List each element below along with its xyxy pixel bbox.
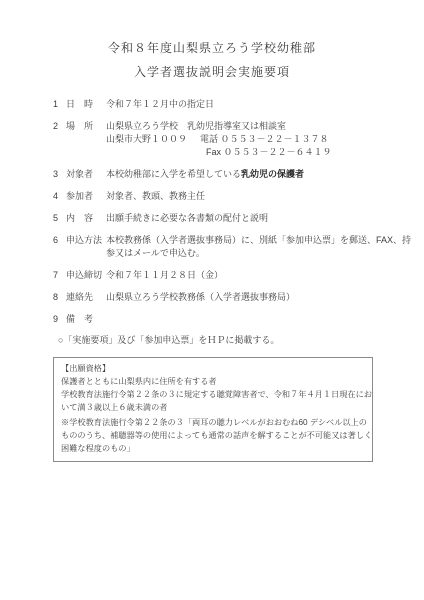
item-number: 4 [53, 190, 66, 203]
application-method-line1: 本校教務係（入学者選抜事務局）に、別紙「参加申込票」を郵送、FAX、持 [106, 234, 406, 247]
notes-remark: ○「実施要項」及び「参加申込票」をＨＰに掲載する。 [0, 334, 424, 347]
qualification-box: 【出願資格】 保護者とともに山梨県内に住所を有する者 学校教育法施行令第２２条の… [53, 357, 373, 462]
deadline-value: 令和７年１１月２８日（金） [106, 269, 406, 282]
contact-value: 山梨県立ろう学校教務係（入学者選抜事務局） [106, 291, 406, 304]
item-application-method: 6 申込方法 本校教務係（入学者選抜事務局）に、別紙「参加申込票」を郵送、FAX… [53, 234, 406, 260]
place-school-room: 山梨県立ろう学校 乳幼児指導室又は相談室 [106, 120, 406, 133]
application-method-line2: 参又はメールで申込む。 [106, 247, 406, 260]
item-deadline: 7 申込締切 令和７年１１月２８日（金） [53, 269, 406, 282]
item-label: 備 考 [66, 313, 106, 326]
target-text: 本校幼稚部に入学を希望している [106, 169, 241, 179]
target-text-bold: 乳幼児の保護者 [241, 169, 304, 179]
qualification-line2a: 学校教育法施行令第２２条の３に規定する聴覚障害者で、令和７年４月１日現在にお [61, 388, 366, 401]
qualification-line2b: いて満３歳以上６歳未満の者 [61, 401, 366, 414]
item-contents: 5 内 容 出願手続きに必要な各書類の配付と説明 [53, 212, 406, 225]
item-number: 3 [53, 168, 66, 181]
place-phone: 電話 ０５５３－２２－１３７８ [200, 134, 329, 144]
document-title-line1: 令和８年度山梨県立ろう学校幼稚部 [0, 36, 424, 60]
item-place: 2 場 所 山梨県立ろう学校 乳幼児指導室又は相談室 山梨市大野１００９電話 ０… [53, 120, 406, 159]
qualification-title: 【出願資格】 [61, 362, 366, 375]
place-address: 山梨市大野１００９ [106, 134, 187, 144]
item-number: 5 [53, 212, 66, 225]
item-label: 申込方法 [66, 234, 106, 260]
item-number: 7 [53, 269, 66, 282]
item-label: 日 時 [66, 98, 106, 111]
participants-value: 対象者、教頭、教務主任 [106, 190, 406, 203]
contents-value: 出願手続きに必要な各書類の配付と説明 [106, 212, 406, 225]
item-label: 内 容 [66, 212, 106, 225]
items-list: 1 日 時 令和７年１２月中の指定日 2 場 所 山梨県立ろう学校 乳幼児指導室… [0, 98, 424, 326]
item-date-value: 令和７年１２月中の指定日 [106, 98, 406, 111]
document-page: 令和８年度山梨県立ろう学校幼稚部 入学者選抜説明会実施要項 1 日 時 令和７年… [0, 0, 424, 600]
item-target: 3 対象者 本校幼稚部に入学を希望している乳幼児の保護者 [53, 168, 406, 181]
item-label: 申込締切 [66, 269, 106, 282]
item-number: 6 [53, 234, 66, 260]
item-number: 2 [53, 120, 66, 159]
document-title-line2: 入学者選抜説明会実施要項 [0, 60, 424, 84]
item-label: 対象者 [66, 168, 106, 181]
item-number: 9 [53, 313, 66, 326]
item-date: 1 日 時 令和７年１２月中の指定日 [53, 98, 406, 111]
place-fax: Fax ０５５３－２２－６４１９ [106, 146, 406, 159]
item-label: 場 所 [66, 120, 106, 159]
qualification-note-line1: ※学校教育法施行令第２２条の３「両耳の聴力レベルがおおむね60 デシベル以上の [61, 416, 366, 429]
document-header: 令和８年度山梨県立ろう学校幼稚部 入学者選抜説明会実施要項 [0, 0, 424, 84]
item-participants: 4 参加者 対象者、教頭、教務主任 [53, 190, 406, 203]
qualification-note-line2: もののうち、補聴器等の使用によっても通常の話声を解することが不可能又は著しく [61, 429, 366, 442]
item-number: 1 [53, 98, 66, 111]
item-label: 連絡先 [66, 291, 106, 304]
qualification-note-line3: 困難な程度のもの」 [61, 442, 366, 455]
qualification-line1: 保護者とともに山梨県内に住所を有する者 [61, 375, 366, 388]
item-number: 8 [53, 291, 66, 304]
item-notes: 9 備 考 [53, 313, 406, 326]
item-contact: 8 連絡先 山梨県立ろう学校教務係（入学者選抜事務局） [53, 291, 406, 304]
qualification-note: ※学校教育法施行令第２２条の３「両耳の聴力レベルがおおむね60 デシベル以上の … [61, 416, 366, 455]
item-label: 参加者 [66, 190, 106, 203]
